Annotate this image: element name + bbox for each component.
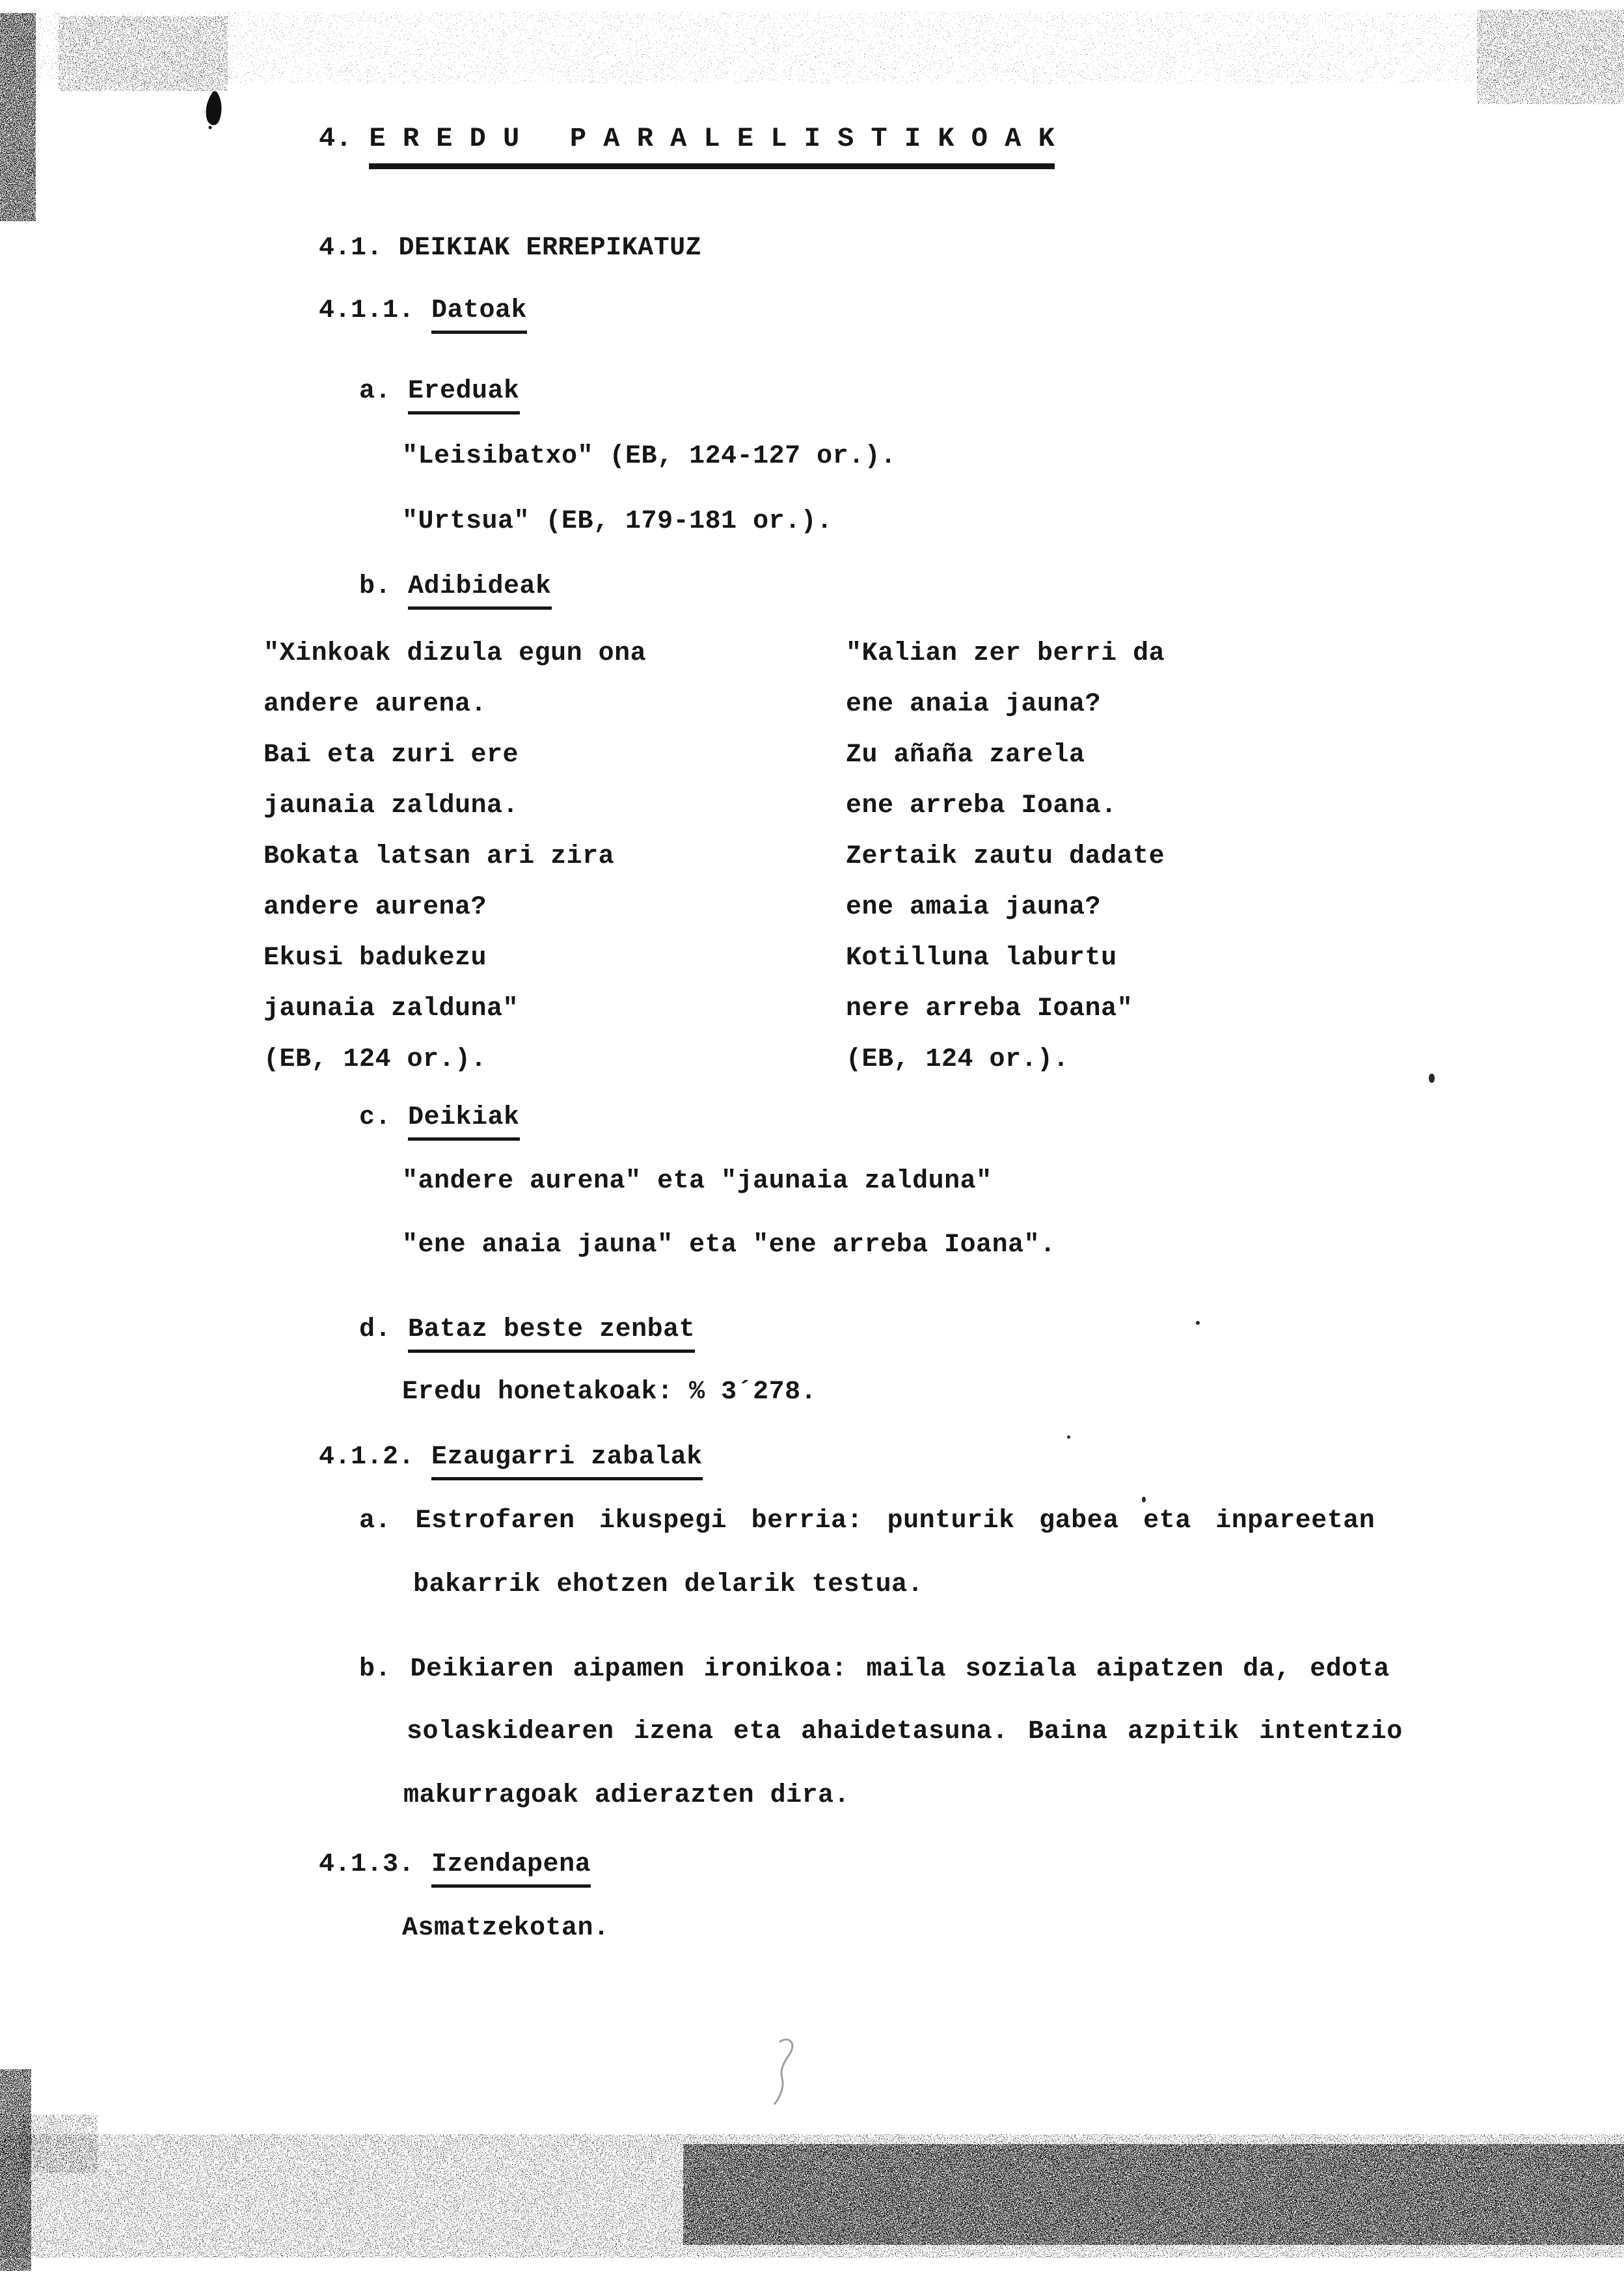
section-4-1-2-label: Ezaugarri zabalak bbox=[431, 1443, 703, 1480]
verse-line: ene amaia jauna? bbox=[846, 893, 1165, 944]
item-c-letter: c. bbox=[359, 1105, 391, 1131]
verse-citation: (EB, 124 or.). bbox=[846, 1045, 1165, 1096]
speck-mark bbox=[1067, 1435, 1070, 1439]
top-left-noise-cluster bbox=[59, 16, 228, 91]
eredu-reference: "Urtsua" (EB, 179-181 or.). bbox=[402, 509, 833, 535]
item-d-letter: d. bbox=[359, 1317, 391, 1343]
verse-line: Bokata latsan ari zira bbox=[264, 842, 646, 893]
item-b-adibideak: b.Adibideak bbox=[359, 574, 552, 600]
verse-line: Zertaik zautu dadate bbox=[846, 842, 1165, 893]
item-a-letter: a. bbox=[359, 379, 391, 405]
ink-blot-mark bbox=[203, 90, 232, 131]
pen-squiggle-mark bbox=[760, 2035, 812, 2113]
verse-line: Ekusi badukezu bbox=[264, 944, 646, 994]
section-4-1-3-number: 4.1.3. bbox=[319, 1852, 414, 1878]
scanned-document-page: 4.E R E D U P A R A L E L I S T I K O A … bbox=[0, 0, 1624, 2282]
bottom-left-noise-cluster bbox=[20, 2115, 98, 2173]
top-right-noise-cluster bbox=[1477, 10, 1624, 104]
ezaugarri-b-line1: b. Deikiaren aipamen ironikoa: maila soz… bbox=[359, 1657, 1390, 1683]
item-c-deikiak: c.Deikiak bbox=[359, 1105, 520, 1131]
verse-line: andere aurena. bbox=[264, 690, 646, 740]
bottom-right-dense-noise bbox=[683, 2144, 1624, 2245]
section-4-1-1-number: 4.1.1. bbox=[319, 298, 414, 324]
ezaugarri-b-line3: makurragoak adierazten dira. bbox=[403, 1783, 850, 1809]
item-d-label: Bataz beste zenbat bbox=[408, 1315, 695, 1353]
verse-citation: (EB, 124 or.). bbox=[264, 1045, 646, 1096]
deikiak-pair-line: "ene anaia jauna" eta "ene arreba Ioana"… bbox=[402, 1232, 1056, 1258]
bottom-left-edge-noise bbox=[0, 2069, 31, 2271]
section-4-1-2-heading: 4.1.2.Ezaugarri zabalak bbox=[319, 1445, 703, 1471]
verse-line: jaunaia zalduna. bbox=[264, 791, 646, 842]
ezaugarri-a-line1: a. Estrofaren ikuspegi berria: punturik … bbox=[359, 1508, 1375, 1534]
deikiak-pair-line: "andere aurena" eta "jaunaia zalduna" bbox=[402, 1169, 992, 1195]
speck-mark bbox=[1142, 1497, 1146, 1502]
bottom-noise-band bbox=[0, 2134, 1624, 2258]
verse-right-column: "Kalian zer berri da ene anaia jauna? Zu… bbox=[846, 639, 1165, 1096]
heading-4-text: E R E D U P A R A L E L I S T I K O A K bbox=[369, 123, 1055, 169]
verse-line: andere aurena? bbox=[264, 893, 646, 944]
item-a-ereduak: a.Ereduak bbox=[359, 379, 520, 405]
section-4-1-1-label: Datoak bbox=[431, 296, 527, 334]
verse-line: jaunaia zalduna" bbox=[264, 994, 646, 1045]
top-noise-band bbox=[0, 12, 1624, 83]
section-4-1-2-number: 4.1.2. bbox=[319, 1445, 414, 1471]
verse-line: ene anaia jauna? bbox=[846, 690, 1165, 740]
speck-mark bbox=[1429, 1074, 1435, 1083]
left-edge-noise-strip bbox=[0, 13, 36, 221]
section-4-1-3-label: Izendapena bbox=[431, 1850, 591, 1888]
item-a-label: Ereduak bbox=[408, 377, 520, 414]
section-4-1-heading: 4.1. DEIKIAK ERREPIKATUZ bbox=[319, 236, 701, 262]
verse-line: Zu añaña zarela bbox=[846, 740, 1165, 791]
verse-line: Kotilluna laburtu bbox=[846, 944, 1165, 994]
ezaugarri-b-line2: solaskidearen izena eta ahaidetasuna. Ba… bbox=[407, 1719, 1403, 1745]
section-4-1-3-heading: 4.1.3.Izendapena bbox=[319, 1852, 591, 1878]
verse-left-column: "Xinkoak dizula egun ona andere aurena. … bbox=[264, 639, 646, 1096]
verse-line: Bai eta zuri ere bbox=[264, 740, 646, 791]
verse-line: ene arreba Ioana. bbox=[846, 791, 1165, 842]
item-b-letter: b. bbox=[359, 574, 391, 600]
bataz-value-line: Eredu honetakoak: % 3´278. bbox=[402, 1379, 817, 1406]
eredu-reference: "Leisibatxo" (EB, 124-127 or.). bbox=[402, 444, 897, 470]
verse-line: nere arreba Ioana" bbox=[846, 994, 1165, 1045]
izendapena-body-line: Asmatzekotan. bbox=[402, 1916, 610, 1942]
heading-4-number: 4. bbox=[319, 125, 352, 152]
item-c-label: Deikiak bbox=[408, 1103, 520, 1141]
verse-line: "Xinkoak dizula egun ona bbox=[264, 639, 646, 690]
verse-line: "Kalian zer berri da bbox=[846, 639, 1165, 690]
ezaugarri-a-line2: bakarrik ehotzen delarik testua. bbox=[413, 1572, 923, 1598]
speck-mark bbox=[1196, 1321, 1200, 1325]
item-b-label: Adibideak bbox=[408, 572, 552, 610]
section-4-1-1-heading: 4.1.1.Datoak bbox=[319, 298, 527, 324]
item-d-bataz: d.Bataz beste zenbat bbox=[359, 1317, 695, 1343]
heading-4: 4.E R E D U P A R A L E L I S T I K O A … bbox=[319, 125, 1055, 152]
